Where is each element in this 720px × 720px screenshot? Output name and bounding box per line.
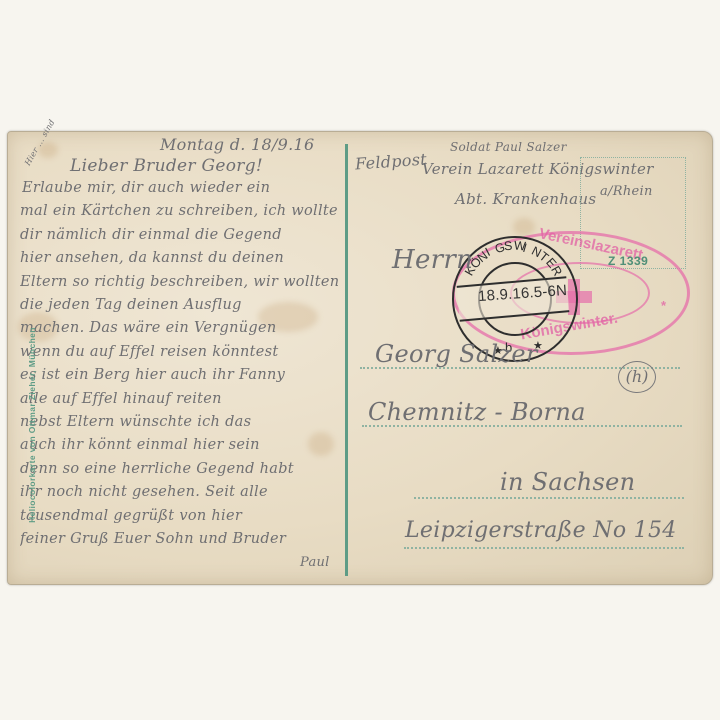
sender-line-1: Soldat Paul Salzer: [450, 140, 567, 154]
message-line: Eltern so richtig beschreiben, wir wollt…: [20, 274, 338, 290]
message-line: alle auf Effel hinauf reiten: [20, 391, 338, 407]
recipient-salutation: Herrn: [392, 245, 473, 275]
message-line: mal ein Kärtchen zu schreiben, ich wollt…: [20, 203, 338, 219]
recipient-region: in Sachsen: [500, 468, 635, 496]
message-line: feiner Gruß Euer Sohn und Bruder: [20, 531, 338, 547]
message-line: dir nämlich dir einmal die Gegend: [20, 227, 338, 243]
message-line: die jeden Tag deinen Ausflug: [20, 297, 338, 313]
message-line: hier ansehen, da kannst du deinen: [20, 250, 338, 266]
address-line: [414, 497, 684, 499]
circled-mark: (h): [618, 361, 656, 393]
signature: Paul: [300, 555, 330, 570]
message-line: tausendmal gegrüßt von hier: [20, 508, 338, 524]
address-line: [362, 425, 682, 427]
publisher-imprint: Heliocolorkarte von Ottmar Zieher, Münch…: [27, 275, 37, 575]
message-line: Erlaube mir, dir auch wieder ein: [22, 180, 340, 196]
message-line: ihr noch nicht gesehen. Seit alle: [20, 484, 338, 500]
stamp-code: Z 1339: [608, 254, 648, 268]
address-line: [404, 547, 684, 549]
message-line: auch ihr könnt einmal hier sein: [20, 437, 338, 453]
message-line: es ist ein Berg hier auch ihr Fanny: [20, 367, 338, 383]
dateline: Montag d. 18/9.16: [160, 135, 315, 154]
recipient-street: Leipzigerstraße No 154: [405, 518, 677, 543]
stain: [513, 218, 535, 236]
message-line: denn so eine herrliche Gegend habt: [20, 461, 338, 477]
center-divider: [345, 144, 348, 576]
postmark-town-letter: S: [504, 239, 514, 254]
message-line: wenn du auf Effel reisen könntest: [20, 344, 338, 360]
message-line: nebst Eltern wünschte ich das: [20, 414, 338, 430]
cachet-star-icon: *: [661, 298, 666, 313]
message-line: machen. Das wäre ein Vergnügen: [20, 320, 338, 336]
recipient-city: Chemnitz - Borna: [368, 398, 586, 426]
recipient-name: Georg Salzer: [375, 340, 538, 368]
greeting: Lieber Bruder Georg!: [70, 156, 263, 176]
sender-line-3: Abt. Krankenhaus: [455, 190, 596, 208]
